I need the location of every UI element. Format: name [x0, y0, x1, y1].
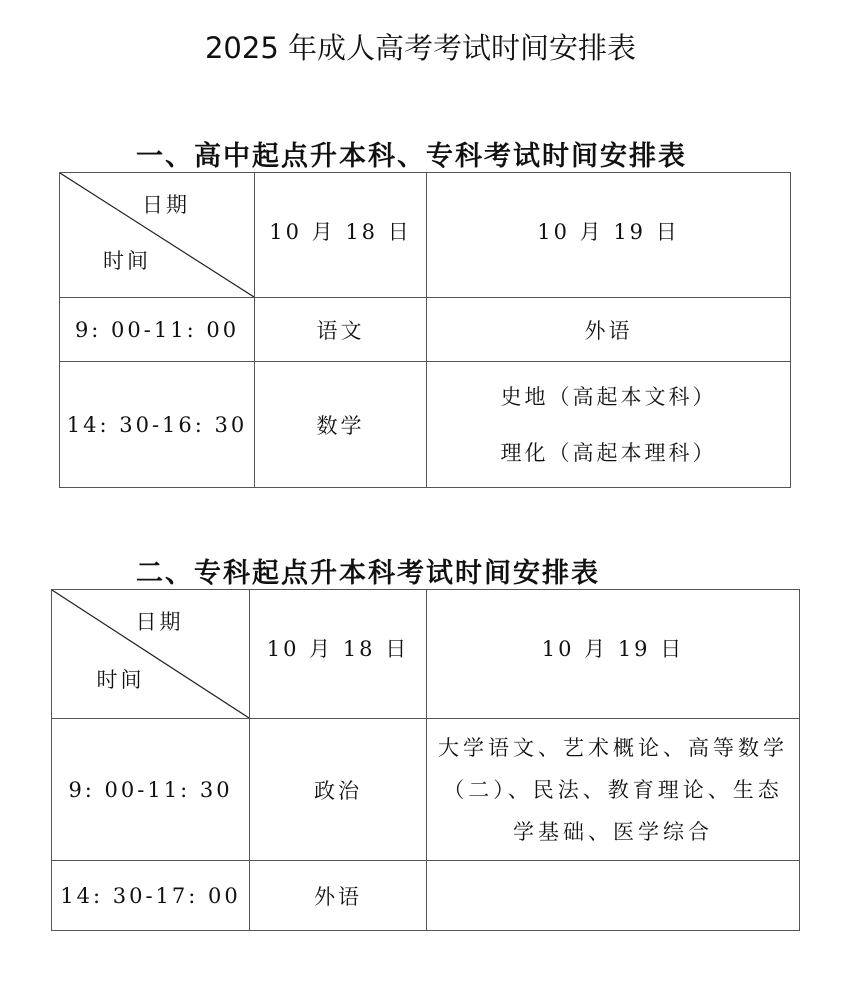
document-title: 2025 年成人高考考试时间安排表: [0, 26, 841, 67]
subject-day1: 语文: [255, 298, 427, 362]
time-cell: 9: 00-11: 00: [60, 298, 255, 362]
corner-time-label: 时间: [60, 245, 254, 275]
corner-date-label: 日期: [60, 189, 254, 219]
table-row: 14: 30-17: 00 外语: [52, 861, 800, 931]
subject-day1: 数学: [255, 362, 427, 488]
corner-cell: 日期 时间: [52, 590, 250, 719]
section-heading-1: 一、高中起点升本科、专科考试时间安排表: [136, 134, 687, 173]
header-row: 日期 时间 10 月 18 日 10 月 19 日: [52, 590, 800, 719]
time-cell: 14: 30-17: 00: [52, 861, 250, 931]
subject-day2: 史地（高起本文科） 理化（高起本理科）: [427, 362, 791, 488]
schedule-table-junior-college: 日期 时间 10 月 18 日 10 月 19 日 9: 00-11: 30 政…: [51, 589, 800, 931]
subject-day2: 大学语文、艺术概论、高等数学 （二）、民法、教育理论、生态 学基础、医学综合: [427, 719, 800, 861]
date-header-2: 10 月 19 日: [427, 173, 791, 298]
table-row: 9: 00-11: 00 语文 外语: [60, 298, 791, 362]
subject-line: 外语: [427, 315, 790, 345]
corner-time-label: 时间: [52, 664, 249, 694]
corner-cell: 日期 时间: [60, 173, 255, 298]
date-header-1: 10 月 18 日: [255, 173, 427, 298]
header-row: 日期 时间 10 月 18 日 10 月 19 日: [60, 173, 791, 298]
schedule-table-high-school: 日期 时间 10 月 18 日 10 月 19 日 9: 00-11: 00 语…: [59, 172, 791, 488]
subject-day2: 外语: [427, 298, 791, 362]
subject-line: （二）、民法、教育理论、生态: [427, 769, 799, 811]
date-header-2: 10 月 19 日: [427, 590, 800, 719]
time-cell: 9: 00-11: 30: [52, 719, 250, 861]
subject-day1: 外语: [250, 861, 427, 931]
date-header-1: 10 月 18 日: [250, 590, 427, 719]
time-cell: 14: 30-16: 30: [60, 362, 255, 488]
subject-day1: 政治: [250, 719, 427, 861]
subject-day2-empty: [427, 861, 800, 931]
table-row: 9: 00-11: 30 政治 大学语文、艺术概论、高等数学 （二）、民法、教育…: [52, 719, 800, 861]
subject-line: 学基础、医学综合: [427, 811, 799, 853]
subject-line: 理化（高起本理科）: [427, 425, 790, 481]
section-heading-2: 二、专科起点升本科考试时间安排表: [136, 551, 600, 590]
corner-date-label: 日期: [52, 606, 249, 636]
table-row: 14: 30-16: 30 数学 史地（高起本文科） 理化（高起本理科）: [60, 362, 791, 488]
subject-line: 大学语文、艺术概论、高等数学: [427, 727, 799, 769]
subject-line: 史地（高起本文科）: [427, 369, 790, 425]
